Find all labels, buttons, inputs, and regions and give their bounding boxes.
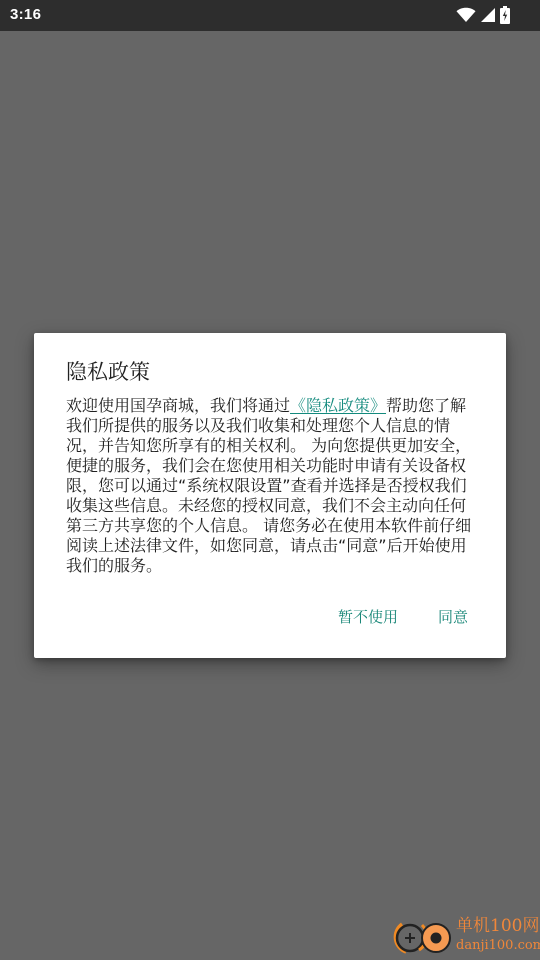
status-time: 3:16 [10, 6, 41, 23]
watermark-title: 单机100网 [456, 916, 539, 936]
decline-button[interactable]: 暂不使用 [324, 601, 412, 633]
dialog-actions: 暂不使用 同意 [324, 601, 482, 633]
dialog-message: 欢迎使用国孕商城，我们将通过《隐私政策》帮助您了解我们所提供的服务以及我们收集和… [66, 396, 478, 576]
message-rest: 帮助您了解我们所提供的服务以及我们收集和处理您个人信息的情况，并告知您所享有的相… [66, 396, 471, 575]
watermark: 单机100网 danji100.com [392, 912, 540, 960]
status-icons [456, 6, 510, 24]
privacy-policy-link[interactable]: 《隐私政策》 [290, 396, 386, 415]
wifi-icon [456, 7, 476, 23]
cellular-signal-icon [480, 7, 496, 23]
status-bar: 3:16 [0, 0, 540, 31]
dialog-title: 隐私政策 [66, 357, 150, 387]
watermark-domain: danji100.com [456, 938, 540, 954]
privacy-policy-dialog: 隐私政策 欢迎使用国孕商城，我们将通过《隐私政策》帮助您了解我们所提供的服务以及… [34, 333, 506, 658]
accept-button[interactable]: 同意 [424, 601, 482, 633]
danji-logo-icon [392, 916, 454, 960]
message-intro: 欢迎使用国孕商城，我们将通过 [66, 396, 290, 415]
battery-charging-icon [500, 6, 510, 24]
